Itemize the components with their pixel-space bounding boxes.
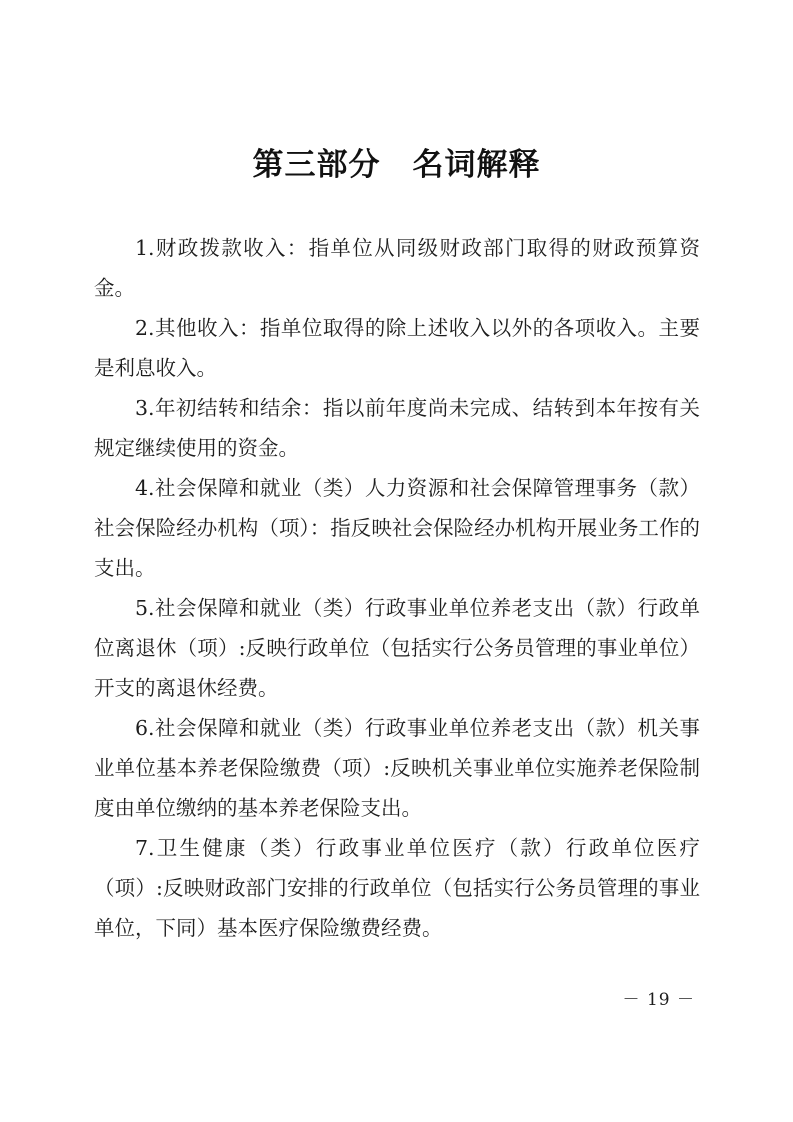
document-body: 1.财政拨款收入：指单位从同级财政部门取得的财政预算资金。 2.其他收入：指单位… [94, 228, 700, 948]
paragraph: 3.年初结转和结余：指以前年度尚未完成、结转到本年按有关规定继续使用的资金。 [94, 388, 700, 468]
paragraph: 7.卫生健康（类）行政事业单位医疗（款）行政单位医疗（项）:反映财政部门安排的行… [94, 828, 700, 948]
paragraph: 5.社会保障和就业（类）行政事业单位养老支出（款）行政单位离退休（项）:反映行政… [94, 588, 700, 708]
paragraph: 6.社会保障和就业（类）行政事业单位养老支出（款）机关事业单位基本养老保险缴费（… [94, 708, 700, 828]
document-page: 第三部分 名词解释 1.财政拨款收入：指单位从同级财政部门取得的财政预算资金。 … [0, 0, 793, 1122]
page-title: 第三部分 名词解释 [0, 0, 793, 184]
paragraph: 1.财政拨款收入：指单位从同级财政部门取得的财政预算资金。 [94, 228, 700, 308]
paragraph: 4.社会保障和就业（类）人力资源和社会保障管理事务（款）社会保险经办机构（项）：… [94, 468, 700, 588]
paragraph: 2.其他收入：指单位取得的除上述收入以外的各项收入。主要是利息收入。 [94, 308, 700, 388]
page-number: － 19 － [623, 985, 695, 1010]
